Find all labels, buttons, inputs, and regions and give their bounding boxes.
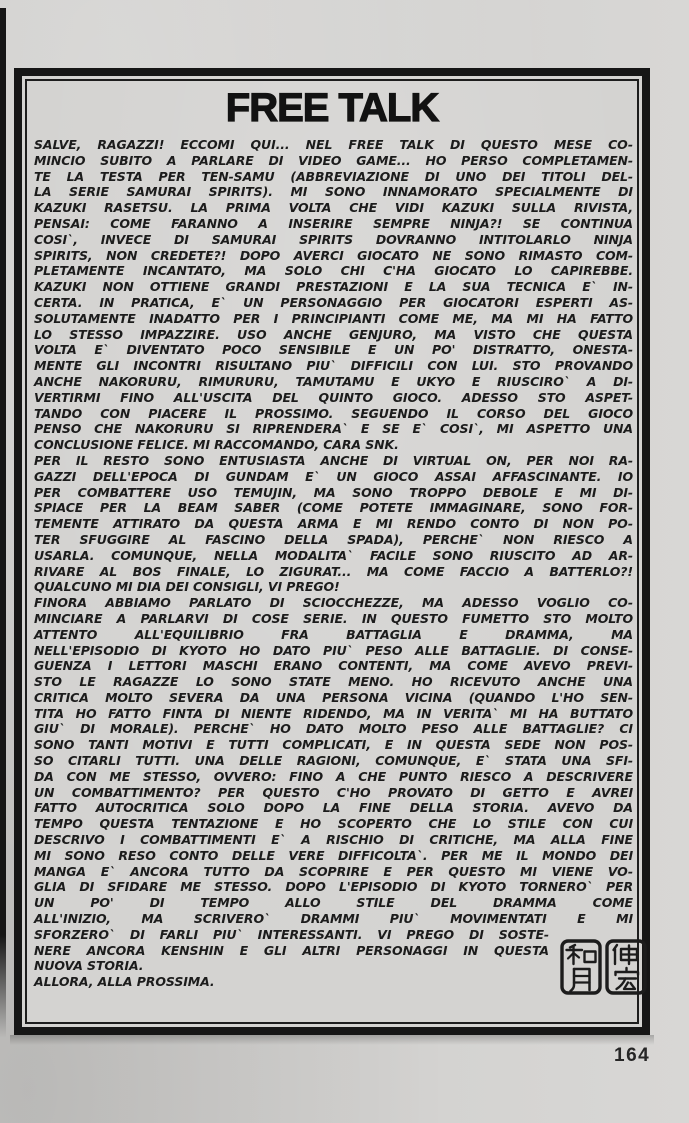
text-line: PENSAI: COME FARANNO A INSERIRE SEMPRE N… bbox=[34, 216, 633, 232]
text-line: ALL'INIZIO, MA SCRIVERO` DRAMMI PIU` MOV… bbox=[34, 911, 633, 927]
text-line: GIU` DI MORALE). PERCHE` HO DATO MOLTO P… bbox=[34, 721, 633, 737]
free-talk-panel: FREE TALK SALVE, RAGAZZI! ECCOMI QUI... … bbox=[14, 68, 650, 1035]
text-line: ALLORA, ALLA PROSSIMA. bbox=[34, 974, 633, 990]
free-talk-text: SALVE, RAGAZZI! ECCOMI QUI... NEL FREE T… bbox=[34, 137, 633, 990]
text-line: ANCHE NAKORURU, RIMURURU, TAMUTAMU E UKY… bbox=[34, 374, 633, 390]
text-line: STO LE RAGAZZE LO SONO STATE MENO. HO RI… bbox=[34, 674, 633, 690]
page-title: FREE TALK bbox=[22, 88, 642, 128]
text-line: SOLUTAMENTE INADATTO PER I PRINCIPIANTI … bbox=[34, 311, 633, 327]
scan-gutter-edge bbox=[0, 8, 6, 1038]
text-line: PLETAMENTE INCANTATO, MA SOLO CHI C'HA G… bbox=[34, 263, 633, 279]
text-line: SALVE, RAGAZZI! ECCOMI QUI... NEL FREE T… bbox=[34, 137, 633, 153]
text-line: GAZZI DELL'EPOCA DI GUNDAM E` UN GIOCO A… bbox=[34, 469, 633, 485]
text-line: SONO TANTI MOTIVI E TUTTI COMPLICATI, E … bbox=[34, 737, 633, 753]
text-line: SPIACE PER LA BEAM SABER (COME POTETE IM… bbox=[34, 500, 633, 516]
author-seal-nobuhiro-icon bbox=[605, 938, 647, 996]
text-line: NERE ANCORA KENSHIN E GLI ALTRI PERSONAG… bbox=[34, 943, 549, 959]
text-line: GLIA DI SFIDARE ME STESSO. DOPO L'EPISOD… bbox=[34, 879, 633, 895]
page-number: 164 bbox=[614, 1045, 674, 1067]
text-line: SO CITARLI TUTTI. UNA DELLE RAGIONI, COM… bbox=[34, 753, 633, 769]
text-line: LA SERIE SAMURAI SPIRITS). MI SONO INNAM… bbox=[34, 184, 633, 200]
text-line: MI SONO RESO CONTO DELLE VERE DIFFICOLTA… bbox=[34, 848, 633, 864]
text-line: FATTO AUTOCRITICA SOLO DOPO LA FINE DELL… bbox=[34, 800, 633, 816]
text-line: SPIRITS, NON CREDETE?! DOPO AVERCI GIOCA… bbox=[34, 248, 633, 264]
text-line: QUALCUNO MI DIA DEI CONSIGLI, VI PREGO! bbox=[34, 579, 633, 595]
text-line: TE LA TESTA PER TEN-SAMU (ABBREVIAZIONE … bbox=[34, 169, 633, 185]
text-line: UN PO' DI TEMPO ALLO STILE DEL DRAMMA CO… bbox=[34, 895, 633, 911]
text-line: SFORZERO` DI FARLI PIU` INTERESSANTI. VI… bbox=[34, 927, 549, 943]
text-line: NUOVA STORIA. bbox=[34, 958, 633, 974]
text-line: MENTE GLI INCONTRI RISULTANO PIU` DIFFIC… bbox=[34, 358, 633, 374]
text-line: ATTENTO ALL'EQUILIBRIO FRA BATTAGLIA E D… bbox=[34, 627, 633, 643]
text-line: KAZUKI NON OTTIENE GRANDI PRESTAZIONI E … bbox=[34, 279, 633, 295]
text-line: VOLTA E` DIVENTATO POCO SENSIBILE E UN P… bbox=[34, 342, 633, 358]
text-line: DA CON ME STESSO, OVVERO: FINO A CHE PUN… bbox=[34, 769, 633, 785]
text-line: MINCIARE A PARLARVI DI COSE SERIE. IN QU… bbox=[34, 611, 633, 627]
text-line: LO STESSO IMPAZZIRE. USO ANCHE GENJURO, … bbox=[34, 327, 633, 343]
text-line: PER COMBATTERE USO TEMUJIN, MA SONO TROP… bbox=[34, 485, 633, 501]
page-curl-shadow bbox=[10, 1035, 654, 1045]
text-line: FINORA ABBIAMO PARLATO DI SCIOCCHEZZE, M… bbox=[34, 595, 633, 611]
text-line: TEMPO QUESTA TENTAZIONE E HO SCOPERTO CH… bbox=[34, 816, 633, 832]
text-line: COSI`, INVECE DI SAMURAI SPIRITS DOVRANN… bbox=[34, 232, 633, 248]
manga-free-talk-page: { "page": { "title": "FREE TALK", "page_… bbox=[0, 0, 689, 1123]
text-line: KAZUKI RASETSU. LA PRIMA VOLTA CHE VIDI … bbox=[34, 200, 633, 216]
text-line: MINCIO SUBITO A PARLARE DI VIDEO GAME...… bbox=[34, 153, 633, 169]
text-line: PENSO CHE NAKORURU SI RIPRENDERA` E SE E… bbox=[34, 421, 633, 437]
author-seal-watsuki-icon bbox=[560, 938, 602, 996]
text-line: GUENZA I LETTORI MASCHI ERANO CONTENTI, … bbox=[34, 658, 633, 674]
text-line: USARLA. COMUNQUE, NELLA MODALITA` FACILE… bbox=[34, 548, 633, 564]
text-line: VERTIRMI FINO ALL'USCITA DEL QUINTO GIOC… bbox=[34, 390, 633, 406]
text-line: TANDO CON PIACERE IL PROSSIMO. SEGUENDO … bbox=[34, 406, 633, 422]
text-line: TEMENTE ATTIRATO DA QUESTA ARMA E MI REN… bbox=[34, 516, 633, 532]
text-line: UN COMBATTIMENTO? PER QUESTO C'HO PROVAT… bbox=[34, 785, 633, 801]
text-line: TER SFUGGIRE AL FASCINO DELLA SPADA), PE… bbox=[34, 532, 633, 548]
text-line: PER IL RESTO SONO ENTUSIASTA ANCHE DI VI… bbox=[34, 453, 633, 469]
text-line: CERTA. IN PRATICA, E` UN PERSONAGGIO PER… bbox=[34, 295, 633, 311]
author-seals bbox=[560, 938, 647, 996]
text-line: RIVARE AL BOS FINALE, LO ZIGURAT... MA C… bbox=[34, 564, 633, 580]
text-line: MANGA E` ANCORA TUTTO DA SCOPRIRE E PER … bbox=[34, 864, 633, 880]
text-line: DESCRIVO I COMBATTIMENTI E` A RISCHIO DI… bbox=[34, 832, 633, 848]
text-line: TITA HO FATTO FINTA DI NIENTE RIDENDO, M… bbox=[34, 706, 633, 722]
text-line: CRITICA MOLTO SEVERA DA UNA PERSONA VICI… bbox=[34, 690, 633, 706]
text-line: NELL'EPISODIO DI KYOTO HO DATO PIU` PESO… bbox=[34, 643, 633, 659]
text-line: CONCLUSIONE FELICE. MI RACCOMANDO, CARA … bbox=[34, 437, 633, 453]
